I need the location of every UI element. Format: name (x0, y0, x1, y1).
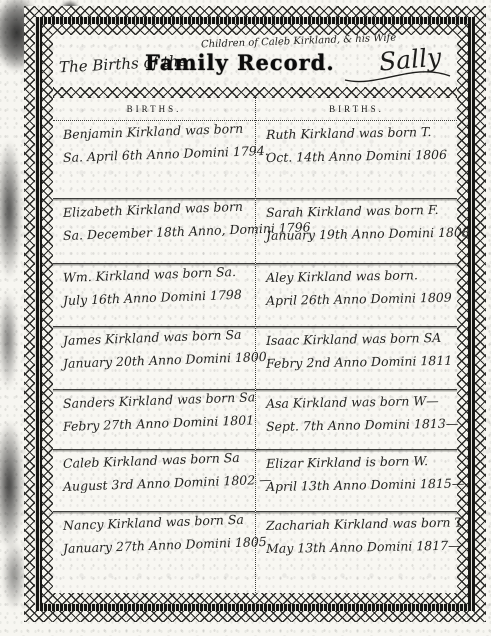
scanned-document-page: The Births of the Children of Caleb Kirk… (0, 0, 491, 636)
entry-line-1: Aley Kirkland was born. (266, 268, 451, 285)
birth-entry: Aley Kirkland was born. April 26th Anno … (256, 264, 457, 327)
entry-line-1: Zachariah Kirkland was born T (266, 516, 451, 533)
paper-stain (0, 140, 22, 280)
paper-stain (0, 420, 24, 550)
signature-flourish-icon (343, 67, 453, 85)
entry-line-1: Sarah Kirkland was born F. (266, 203, 451, 220)
inner-diamond-border: The Births of the Children of Caleb Kirk… (42, 24, 468, 604)
births-column-left: BIRTHS. Benjamin Kirkland was born Sa. A… (53, 98, 255, 593)
entry-line-1: Wm. Kirkland was born Sa. (63, 265, 249, 285)
entry-line-2: Sept. 7th Anno Domini 1813— (266, 417, 451, 434)
births-table: BIRTHS. Benjamin Kirkland was born Sa. A… (53, 98, 457, 593)
entry-line-1: Asa Kirkland was born W— (266, 394, 451, 411)
record-sheet: The Births of the Children of Caleb Kirk… (24, 6, 486, 622)
entry-line-1: James Kirkland was born Sa (63, 328, 249, 348)
page-title: Family Record. (145, 50, 335, 75)
entry-line-2: April 13th Anno Domini 1815— (266, 477, 451, 494)
birth-entry: James Kirkland was born Sa January 20th … (53, 327, 255, 390)
birth-entry: Elizabeth Kirkland was born Sa. December… (53, 199, 255, 264)
birth-entry: Wm. Kirkland was born Sa. July 16th Anno… (53, 264, 255, 327)
entry-line-2: January 20th Anno Domini 1800. (63, 350, 249, 370)
entry-line-2: January 19th Anno Domini 1808 (266, 226, 451, 243)
entry-line-2: Febry 27th Anno Domini 1801 (63, 413, 249, 433)
page-content: The Births of the Children of Caleb Kirk… (53, 35, 457, 593)
entry-line-2: Sa. December 18th Anno, Domini 1796 (63, 222, 249, 242)
entry-line-2: July 16th Anno Domini 1798 (63, 287, 249, 307)
entry-line-2: Oct. 14th Anno Domini 1806 (266, 148, 451, 165)
birth-entry: Benjamin Kirkland was born Sa. April 6th… (53, 121, 255, 199)
entry-line-1: Nancy Kirkland was born Sa (63, 513, 249, 533)
entry-line-1: Elizar Kirkland is born W. (266, 454, 451, 471)
paper-stain (0, 290, 18, 390)
entry-line-1: Elizabeth Kirkland was born (63, 200, 249, 220)
entry-line-2: Febry 2nd Anno Domini 1811 (266, 354, 451, 371)
entry-line-1: Benjamin Kirkland was born (63, 122, 249, 142)
entry-line-1: Ruth Kirkland was born T. (266, 125, 451, 142)
entry-line-2: April 26th Anno Domini 1809 (266, 291, 451, 308)
header-divider-ornament (53, 87, 457, 98)
birth-entry: Caleb Kirkland was born Sa August 3rd An… (53, 450, 255, 512)
column-header-births-right: BIRTHS. (256, 98, 457, 121)
entry-line-1: Sanders Kirkland was born Sa (63, 391, 249, 411)
entry-line-1: Caleb Kirkland was born Sa (63, 451, 249, 471)
birth-entry: Asa Kirkland was born W— Sept. 7th Anno … (256, 390, 457, 450)
page-header: The Births of the Children of Caleb Kirk… (53, 35, 457, 87)
handwritten-annotation: Children of Caleb Kirkland, & his Wife (201, 33, 396, 51)
entry-line-2: August 3rd Anno Domini 1802 — (63, 473, 249, 493)
paper-stain (2, 540, 26, 610)
birth-entry: Zachariah Kirkland was born T May 13th A… (256, 512, 457, 593)
birth-entry: Nancy Kirkland was born Sa January 27th … (53, 512, 255, 593)
birth-entry: Isaac Kirkland was born SA Febry 2nd Ann… (256, 327, 457, 390)
births-column-right: BIRTHS. Ruth Kirkland was born T. Oct. 1… (255, 98, 457, 593)
outer-diamond-border: The Births of the Children of Caleb Kirk… (24, 6, 486, 622)
birth-entry: Sarah Kirkland was born F. January 19th … (256, 199, 457, 264)
column-header-births-left: BIRTHS. (53, 98, 255, 121)
entry-line-2: Sa. April 6th Anno Domini 1794. (63, 144, 249, 164)
entry-line-2: May 13th Anno Domini 1817— (266, 539, 451, 556)
entry-line-2: January 27th Anno Domini 1805 (63, 535, 249, 555)
birth-entry: Ruth Kirkland was born T. Oct. 14th Anno… (256, 121, 457, 199)
entry-line-1: Isaac Kirkland was born SA (266, 331, 451, 348)
birth-entry: Elizar Kirkland is born W. April 13th An… (256, 450, 457, 512)
striped-border-band: The Births of the Children of Caleb Kirk… (35, 17, 475, 611)
birth-entry: Sanders Kirkland was born Sa Febry 27th … (53, 390, 255, 450)
